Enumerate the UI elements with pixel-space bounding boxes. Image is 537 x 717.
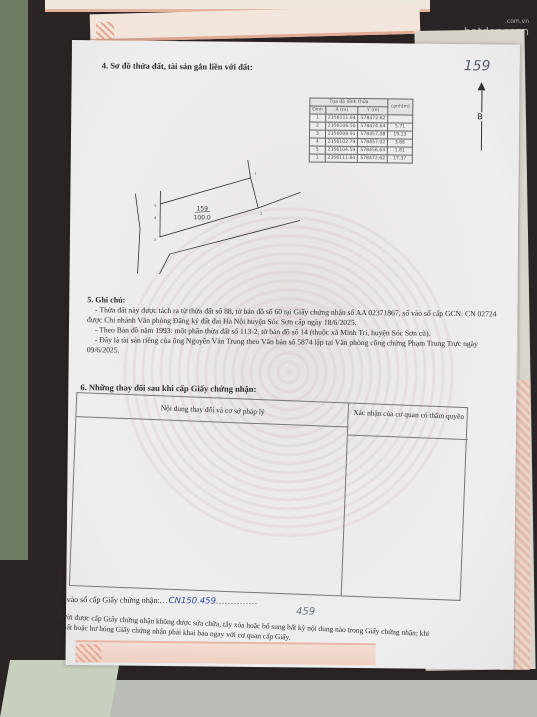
coord-cell-point: 4 <box>309 138 325 146</box>
handwritten-note: 459 <box>296 606 315 617</box>
coord-cell-edge: 3.88 <box>388 139 412 147</box>
svg-text:2: 2 <box>260 211 262 216</box>
watermark-suffix: .com.vn <box>464 18 529 25</box>
register-value: CN150.459 <box>169 596 217 606</box>
coord-cell-edge: 19.13 <box>388 131 412 139</box>
coordinate-table: Tọa độ đỉnh thửa cạnh(m) Đỉnh X (m) Y (m… <box>309 97 413 163</box>
coord-cell-y: 578472.62 <box>358 154 388 162</box>
certificate-page: 4. Sơ đồ thửa đất, tài sản gắn liền với … <box>65 40 520 670</box>
coord-col-point: Đỉnh <box>310 106 326 114</box>
coord-cell-edge: 1.81 <box>388 147 412 155</box>
svg-text:100.0: 100.0 <box>194 214 211 221</box>
svg-text:1: 1 <box>255 171 257 176</box>
background-bottom <box>100 680 537 717</box>
register-number-line: Số vào sổ cấp Giấy chứng nhận:...CN150.4… <box>56 595 258 607</box>
background-left <box>0 0 28 560</box>
coord-cell-point: 3 <box>309 130 325 138</box>
coord-cell-x: 2356111.84 <box>325 154 358 162</box>
section4-title: 4. Sơ đồ thửa đất, tài sản gắn liền với … <box>102 60 253 72</box>
svg-text:5: 5 <box>154 203 156 208</box>
svg-text:3: 3 <box>154 237 156 242</box>
north-arrow-icon: B <box>476 82 489 152</box>
coord-cell-point: 5 <box>309 146 325 154</box>
section5-notes: 5. Ghi chú: - Thửa đất này được tách ra … <box>87 295 508 359</box>
handwritten-number: 159 <box>464 58 491 74</box>
note-3: - Đây là tài sản riêng của ông Nguyễn Vă… <box>87 335 507 359</box>
coord-cell-edge <box>388 115 412 123</box>
coord-cell-point: 2 <box>310 122 326 130</box>
svg-text:4: 4 <box>154 215 156 220</box>
coord-col-edge: cạnh(m) <box>388 99 412 115</box>
svg-text:159: 159 <box>196 205 208 212</box>
coord-cell-edge: 17.37 <box>388 155 412 163</box>
north-label: B <box>477 112 483 121</box>
changes-col-confirmation: Xác nhận của cơ quan có thẩm quyền <box>348 404 469 441</box>
register-label: Số vào sổ cấp Giấy chứng nhận: <box>56 595 160 605</box>
coord-cell-point: 1 <box>310 114 326 122</box>
background-bottom-left <box>0 660 120 717</box>
coord-row: 12356111.84578472.6217.37 <box>309 154 412 163</box>
coord-cell-edge: 5.71 <box>388 123 412 131</box>
changes-table: Nội dung thay đổi và cơ sở pháp lý Xác n… <box>69 392 468 601</box>
section6-title: 6. Những thay đổi sau khi cấp Giấy chứng… <box>80 382 256 394</box>
pink-footer-border <box>75 640 375 665</box>
parcel-sketch: 159 100.0 1 2 3 4 5 <box>130 159 301 281</box>
coord-cell-point: 1 <box>309 154 325 162</box>
